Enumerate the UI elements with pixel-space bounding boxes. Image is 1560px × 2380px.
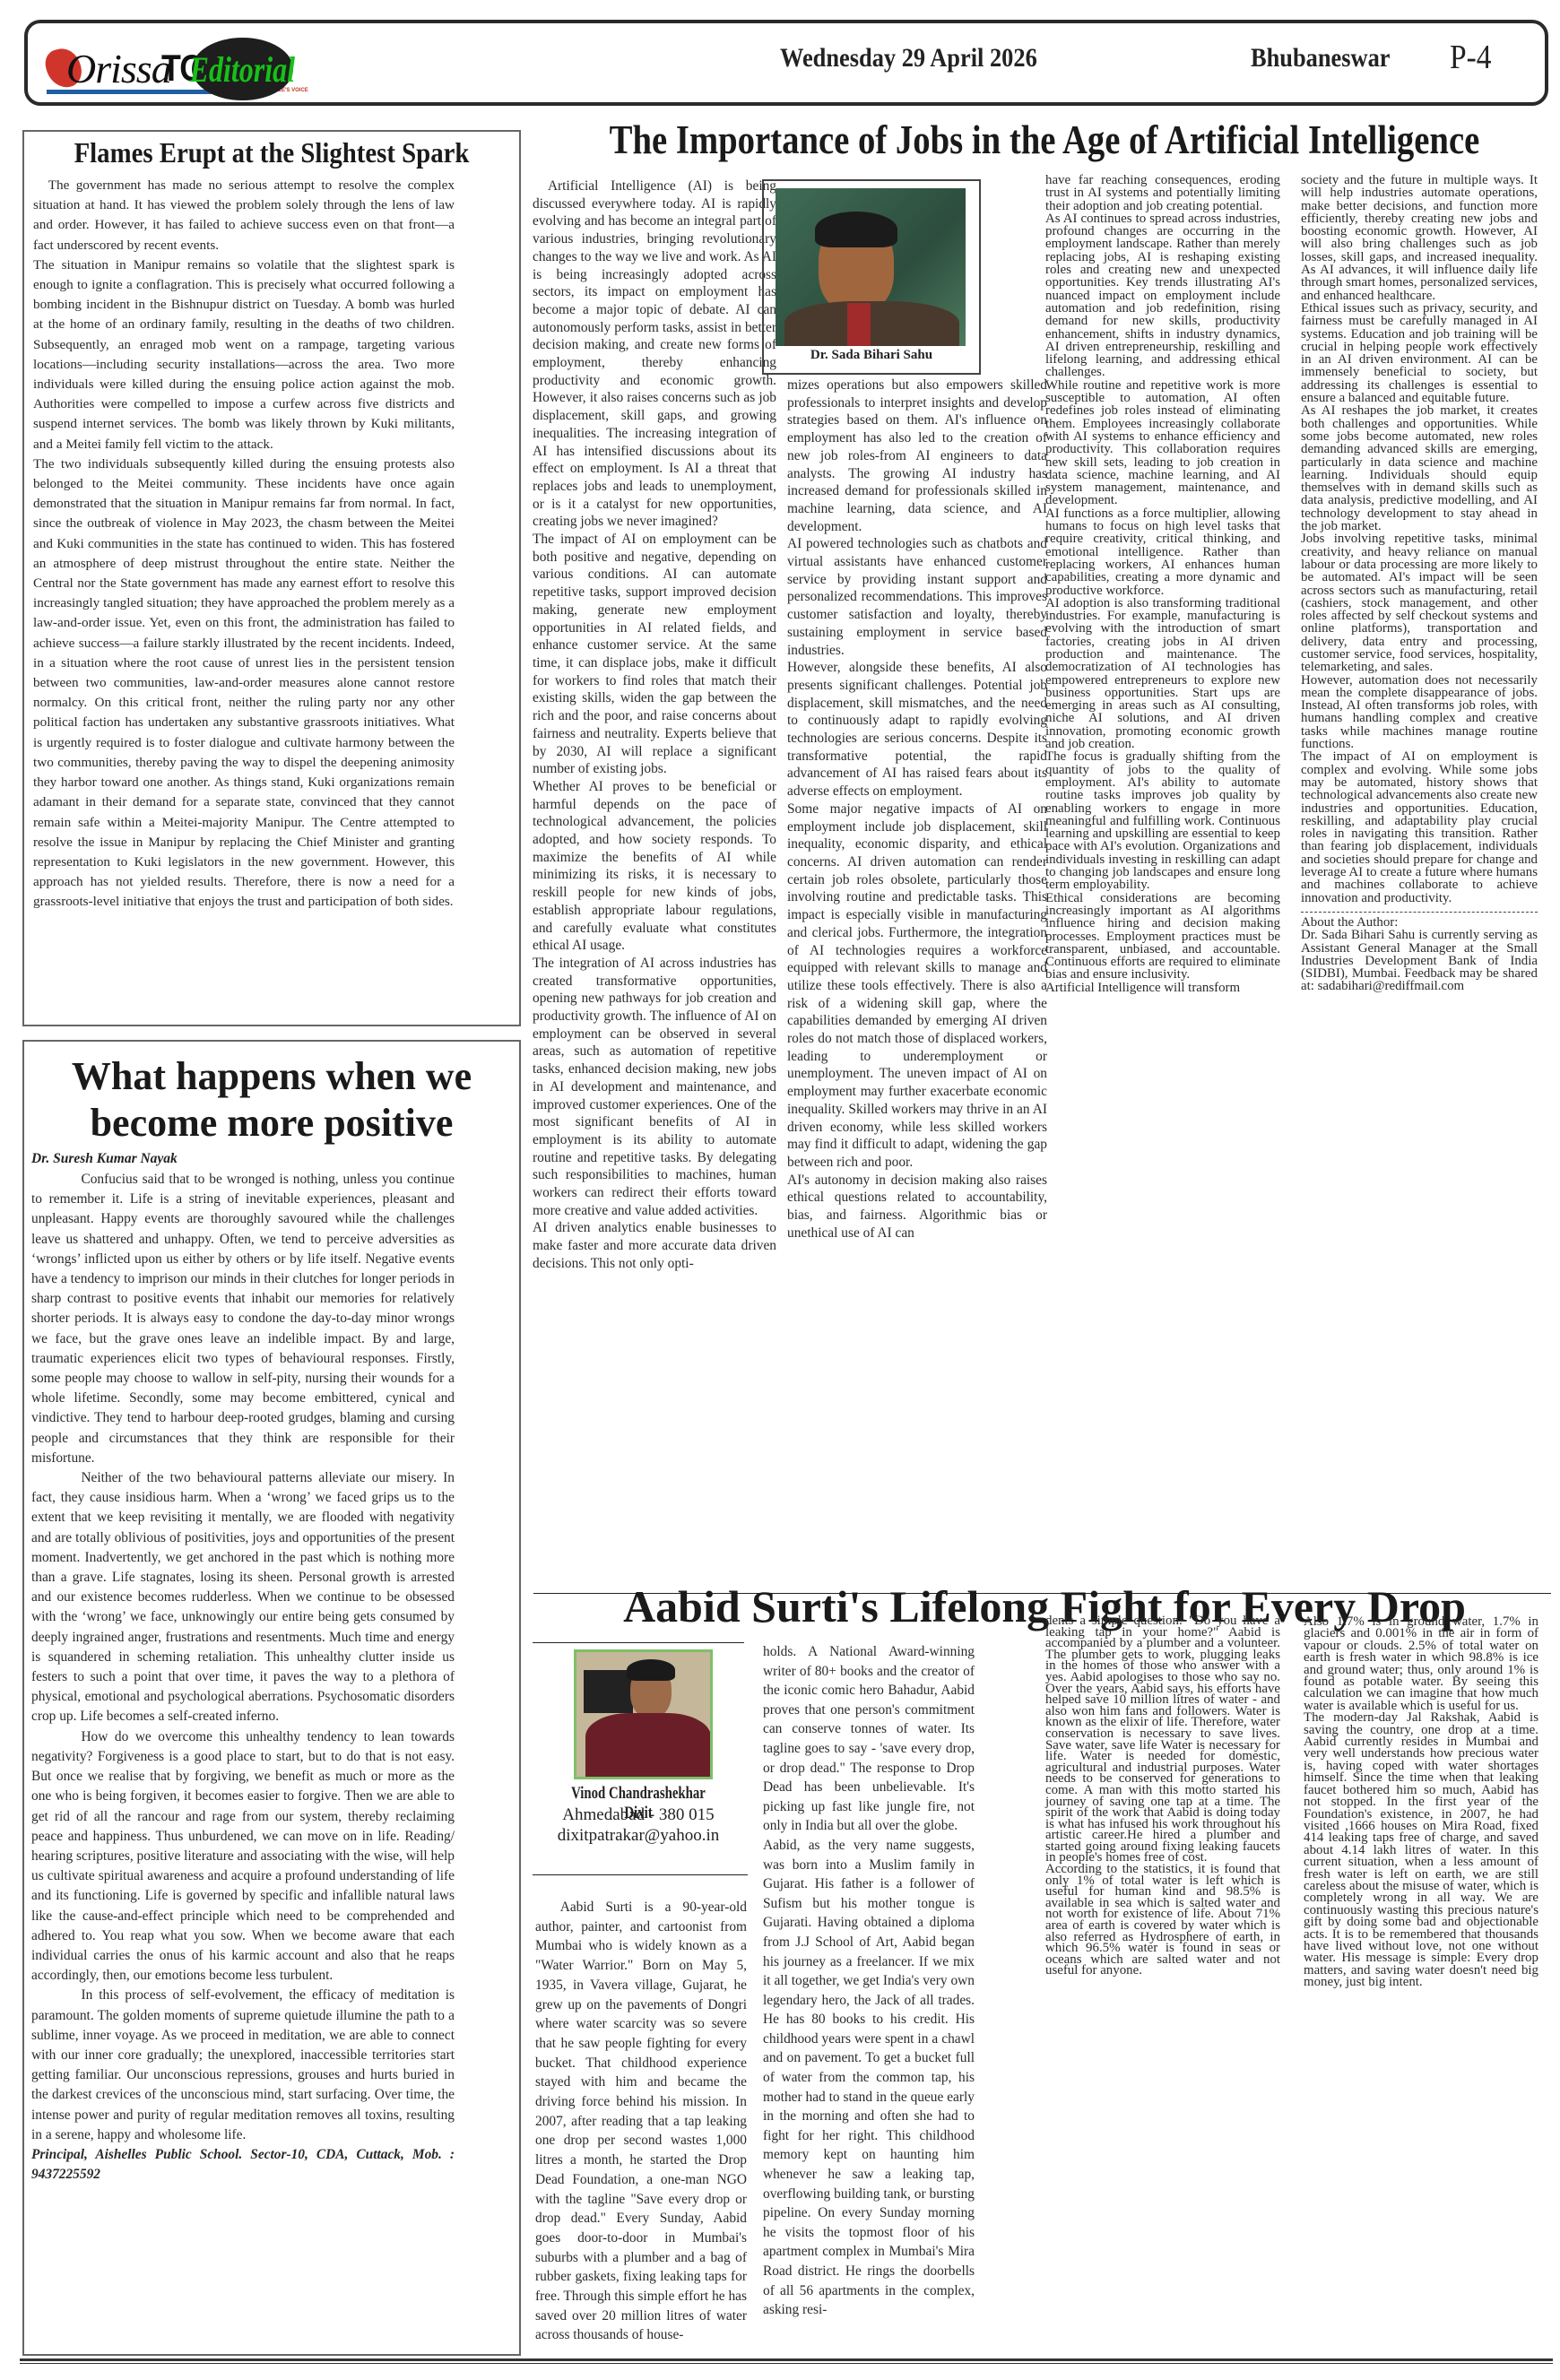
editorial-flames-body: The government has made no serious attem… [33, 176, 455, 913]
article-water-col3: dents a simple question: "Do you have a … [1045, 1615, 1280, 1977]
hair-shape [815, 212, 897, 247]
bottom-rule-left [20, 2358, 522, 2364]
article-positive-title: What happens when we become more positiv… [36, 1053, 507, 1147]
paragraph: Aabid Surti is a 90-year-old author, pai… [535, 1898, 747, 2345]
water-author-email: dixitpatrakar@yahoo.in [533, 1826, 744, 1846]
paragraph: Artificial Intelligence will transform [1045, 982, 1280, 994]
paragraph: AI driven analytics enable businesses to… [533, 1219, 776, 1272]
section-badge: Editorial [192, 38, 293, 100]
paragraph: However, alongside these benefits, AI al… [787, 659, 1047, 801]
dashed-divider [1301, 912, 1538, 913]
paragraph: AI functions as a force multiplier, allo… [1045, 507, 1280, 597]
paragraph: AI's autonomy in decision making also ra… [787, 1172, 1047, 1242]
paragraph: The government has made no serious attem… [33, 176, 455, 255]
water-author-photo [574, 1649, 713, 1779]
paragraph: While routine and repetitive work is mor… [1045, 379, 1280, 507]
author-box-top-rule [533, 1642, 744, 1643]
author-box-bottom-rule [533, 1874, 748, 1875]
issue-date: Wednesday 29 April 2026 [780, 43, 1037, 74]
about-author-label: About the Author: [1301, 916, 1538, 929]
paragraph: The impact of AI on employment can be bo… [533, 531, 776, 778]
article-positive-body: Confucius said that to be wronged is not… [31, 1170, 455, 2185]
paragraph: Aabid, as the very name suggests, was bo… [763, 1836, 975, 2320]
paragraph: According to the statistics, it is found… [1045, 1864, 1280, 1977]
paragraph: In this process of self-evolvement, the … [31, 1986, 455, 2145]
hair-shape [627, 1659, 675, 1681]
paragraph: Jobs involving repetitive tasks, minimal… [1301, 532, 1538, 673]
paragraph: dents a simple question: "Do you have a … [1045, 1615, 1280, 1864]
paragraph: How do we overcome this unhealthy tenden… [31, 1727, 455, 1986]
paragraph: Also 1.7% is in ground water, 1.7% in gl… [1304, 1616, 1538, 1712]
paragraph: mizes operations but also empowers skill… [787, 376, 1047, 535]
paragraph: society and the future in multiple ways.… [1301, 174, 1538, 302]
paragraph: The integration of AI across industries … [533, 955, 776, 1220]
paragraph: The two individuals subsequently killed … [33, 454, 455, 913]
article-ai-col2: mizes operations but also empowers skill… [787, 376, 1047, 1242]
paragraph: The impact of AI on employment is comple… [1301, 750, 1538, 904]
paragraph: holds. A National Award-winning writer o… [763, 1642, 975, 1836]
bottom-rule-right [522, 2358, 1553, 2364]
paragraph: AI powered technologies such as chatbots… [787, 535, 1047, 659]
editorial-flames-title: Flames Erupt at the Slightest Spark [51, 136, 491, 169]
paragraph: Some major negative impacts of AI on emp… [787, 801, 1047, 1172]
article-water-col2: holds. A National Award-winning writer o… [763, 1642, 975, 2320]
about-author-text: Dr. Sada Bihari Sahu is currently servin… [1301, 929, 1538, 992]
author-photo-frame: Dr. Sada Bihari Sahu [762, 179, 981, 375]
paragraph: Whether AI proves to be beneficial or ha… [533, 778, 776, 955]
shirt-shape [585, 1713, 711, 1779]
paragraph: However, automation does not necessarily… [1301, 674, 1538, 751]
paragraph: Ethical issues such as privacy, security… [1301, 302, 1538, 404]
paragraph: As AI continues to spread across industr… [1045, 212, 1280, 379]
paragraph: As AI reshapes the job market, it create… [1301, 404, 1538, 532]
paragraph: The modern-day Jal Rakshak, Aabid is sav… [1304, 1712, 1538, 1988]
paragraph: Confucius said that to be wronged is not… [31, 1170, 455, 1468]
paragraph: AI adoption is also transforming traditi… [1045, 597, 1280, 751]
article-ai-col3: have far reaching consequences, eroding … [1045, 174, 1280, 994]
article-ai-title: The Importance of Jobs in the Age of Art… [609, 117, 1480, 163]
suit-shape [784, 301, 959, 346]
photo-caption: Dr. Sada Bihari Sahu [764, 348, 979, 363]
section-label: Editorial [190, 48, 295, 91]
paragraph: have far reaching consequences, eroding … [1045, 174, 1280, 212]
water-author-city: Ahmedabad - 380 015 [533, 1805, 744, 1825]
paragraph: Ethical considerations are becoming incr… [1045, 892, 1280, 982]
author-signature: Principal, Aishelles Public School. Sect… [31, 2145, 455, 2185]
article-water-col4: Also 1.7% is in ground water, 1.7% in gl… [1304, 1616, 1538, 1989]
monitor-shape [584, 1670, 633, 1713]
paragraph: The situation in Manipur remains so vola… [33, 255, 455, 454]
paragraph: Artificial Intelligence (AI) is being di… [533, 177, 776, 531]
article-positive-author: Dr. Suresh Kumar Nayak [31, 1151, 178, 1167]
paragraph: The focus is gradually shifting from the… [1045, 750, 1280, 891]
author-photo [776, 188, 966, 346]
page-number: P-4 [1450, 38, 1491, 77]
tie-shape [847, 303, 871, 346]
issue-city: Bhubaneswar [1251, 43, 1391, 74]
article-ai-col4: society and the future in multiple ways.… [1301, 174, 1538, 993]
article-water-col1: Aabid Surti is a 90-year-old author, pai… [535, 1898, 747, 2345]
paragraph: Neither of the two behavioural patterns … [31, 1468, 455, 1727]
logo-orissa-text: Orissa [66, 45, 171, 92]
article-ai-col1: Artificial Intelligence (AI) is being di… [533, 177, 776, 1273]
